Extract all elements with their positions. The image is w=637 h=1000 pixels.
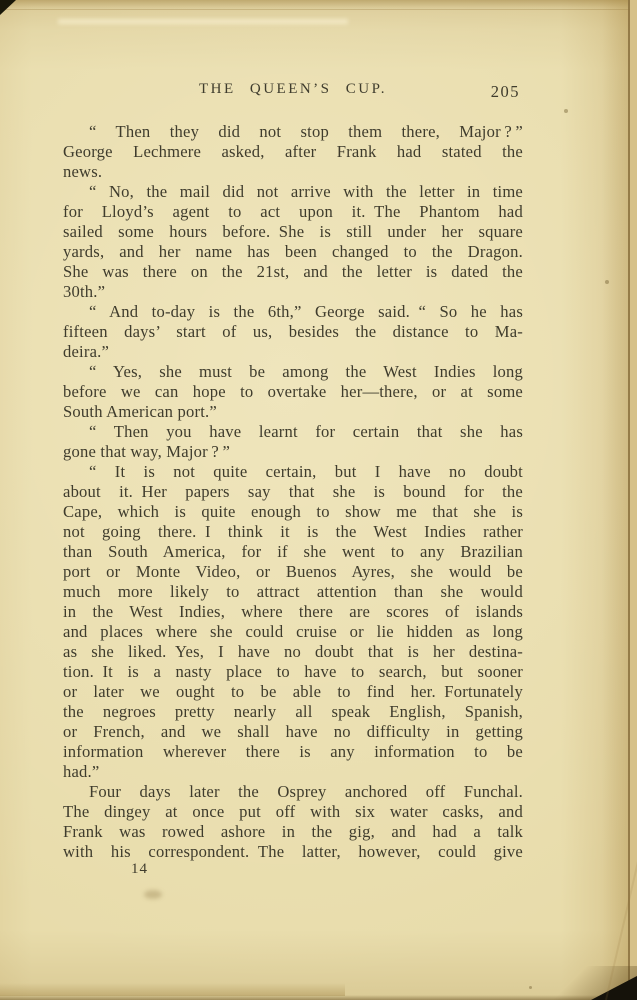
text-line: South American port.” <box>63 402 523 422</box>
text-line: gone that way, Major ? ” <box>63 442 523 462</box>
text-line: information wherever there is any inform… <box>63 742 523 762</box>
text-line: and places where she could cruise or lie… <box>63 622 523 642</box>
text-line: 30th.” <box>63 282 523 302</box>
text-line: “ It is not quite certain, but I have no… <box>63 462 523 482</box>
paper-light-streak <box>58 19 348 24</box>
text-line: “ Yes, she must be among the West Indies… <box>63 362 523 382</box>
text-line: about it. Her papers say that she is bou… <box>63 482 523 502</box>
text-block: “ Then they did not stop them there, Maj… <box>63 122 523 862</box>
text-line: for Lloyd’s agent to act upon it. The Ph… <box>63 202 523 222</box>
signature-mark: 14 <box>131 861 148 878</box>
text-line: “ And to-day is the 6th,” George said. “… <box>63 302 523 322</box>
text-line: with his correspondent. The latter, howe… <box>63 842 523 862</box>
paper-speck <box>605 280 609 284</box>
paper-smudge <box>144 890 162 899</box>
page-header-title: THE QUEEN’S CUP. <box>63 81 523 98</box>
paragraph: “ It is not quite certain, but I have no… <box>63 462 523 782</box>
text-line: or later we ought to be able to find her… <box>63 682 523 702</box>
page-right-edge <box>628 0 637 1000</box>
text-line: tion. It is a nasty place to have to sea… <box>63 662 523 682</box>
text-line: or French, and we shall have no difficul… <box>63 722 523 742</box>
page-right-edge-shading <box>602 0 628 1000</box>
text-line: as she liked. Yes, I have no doubt that … <box>63 642 523 662</box>
text-line: The dingey at once put off with six wate… <box>63 802 523 822</box>
text-line: news. <box>63 162 523 182</box>
text-line: before we can hope to overtake her—there… <box>63 382 523 402</box>
text-line: sailed some hours before. She is still u… <box>63 222 523 242</box>
text-line: yards, and her name has been changed to … <box>63 242 523 262</box>
paragraph: Four days later the Osprey anchored off … <box>63 782 523 862</box>
paragraph: “ Yes, she must be among the West Indies… <box>63 362 523 422</box>
text-line: not going there. I think it is the West … <box>63 522 523 542</box>
text-line: deira.” <box>63 342 523 362</box>
text-line: Cape, which is quite enough to show me t… <box>63 502 523 522</box>
text-line: She was there on the 21st, and the lette… <box>63 262 523 282</box>
running-header: THE QUEEN’S CUP. 205 <box>63 81 523 103</box>
text-line: “ No, the mail did not arrive with the l… <box>63 182 523 202</box>
page-number: 205 <box>491 82 520 102</box>
book-page: THE QUEEN’S CUP. 205 “ Then they did not… <box>0 0 637 1000</box>
text-line: “ Then you have learnt for certain that … <box>63 422 523 442</box>
text-line: “ Then they did not stop them there, Maj… <box>63 122 523 142</box>
text-line: fifteen days’ start of us, besides the d… <box>63 322 523 342</box>
text-line: Four days later the Osprey anchored off … <box>63 782 523 802</box>
text-line: had.” <box>63 762 523 782</box>
page-top-edge-shadow <box>0 0 637 9</box>
paper-speck <box>529 986 532 989</box>
text-line: much more likely to attract attention th… <box>63 582 523 602</box>
paragraph: “ Then you have learnt for certain that … <box>63 422 523 462</box>
text-line: in the West Indies, where there are scor… <box>63 602 523 622</box>
paragraph: “ Then they did not stop them there, Maj… <box>63 122 523 182</box>
text-line: George Lechmere asked, after Frank had s… <box>63 142 523 162</box>
paragraph: “ And to-day is the 6th,” George said. “… <box>63 302 523 362</box>
paper-speck <box>564 109 568 113</box>
page-top-edge-line <box>0 9 637 10</box>
text-line: port or Monte Video, or Buenos Ayres, sh… <box>63 562 523 582</box>
text-line: than South America, for if she went to a… <box>63 542 523 562</box>
paragraph: “ No, the mail did not arrive with the l… <box>63 182 523 302</box>
text-line: the negroes pretty nearly all speak Engl… <box>63 702 523 722</box>
text-line: Frank was rowed ashore in the gig, and h… <box>63 822 523 842</box>
